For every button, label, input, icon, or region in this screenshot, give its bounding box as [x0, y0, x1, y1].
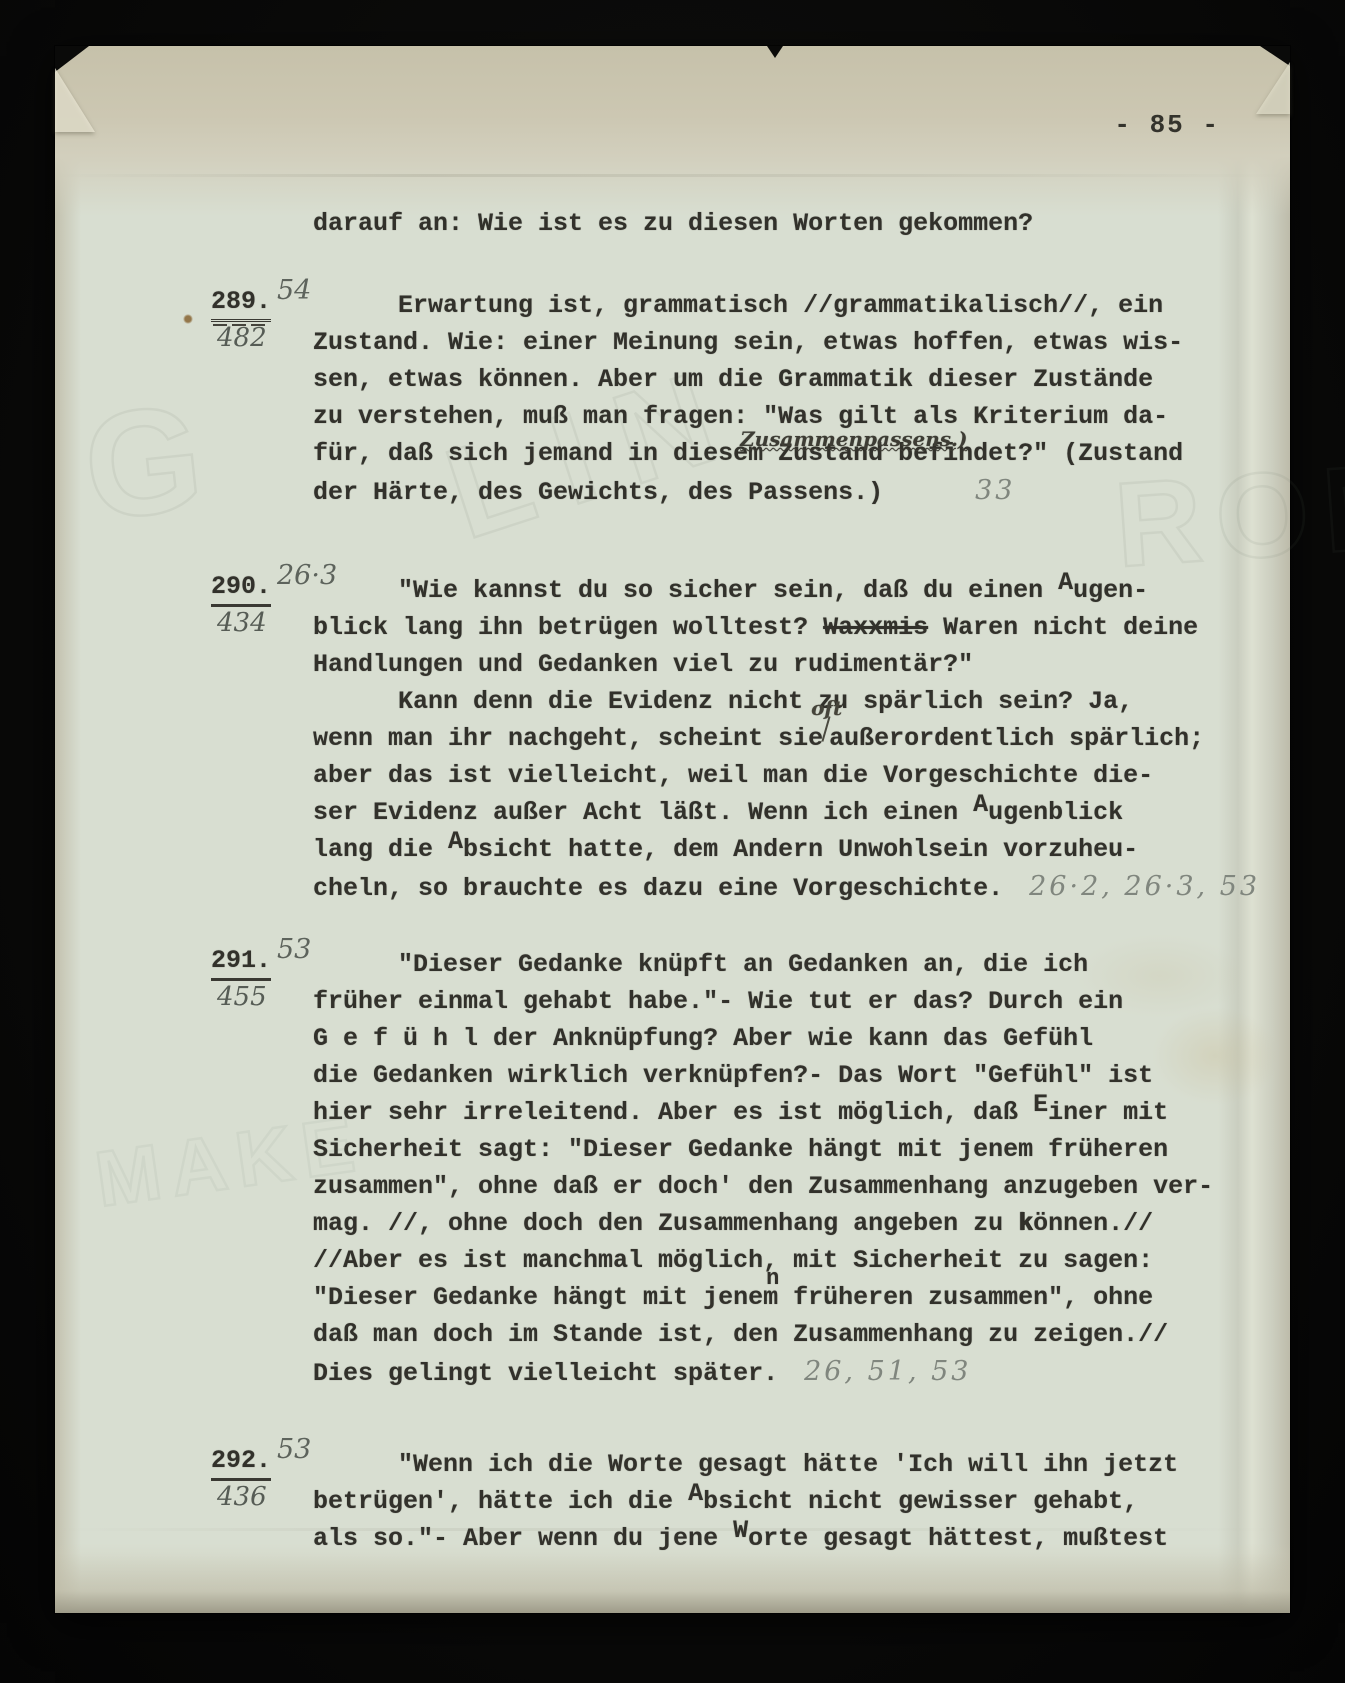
typed-text: lang die: [313, 835, 448, 864]
paragraph-margin: 292.53436: [211, 1446, 311, 1481]
typed-line: Zustand. Wie: einer Meinung sein, etwas …: [313, 324, 1243, 361]
paper-sheet: GLINRONMAKE - 85 - darauf an: Wie ist es…: [55, 46, 1290, 1613]
raised-letter: A: [448, 827, 463, 856]
typed-text: betrügen', hätte ich die: [313, 1487, 688, 1516]
paragraph-number: 289.: [211, 287, 271, 322]
typed-text: Sicherheit sagt: "Dieser Gedanke hängt m…: [313, 1135, 1168, 1164]
typed-line: als so."- Aber wenn du jene Worte gesagt…: [313, 1520, 1243, 1557]
typed-line: "Wenn ich die Worte gesagt hätte 'Ich wi…: [313, 1446, 1243, 1483]
typed-text: hier sehr irreleitend. Aber es ist mögli…: [313, 1098, 1033, 1127]
typed-line: aber das ist vielleicht, weil man die Vo…: [313, 757, 1243, 794]
typed-line: Sicherheit sagt: "Dieser Gedanke hängt m…: [313, 1131, 1243, 1168]
margin-pencil-source-number: 54: [277, 275, 311, 306]
typed-line: die Gedanken wirklich verknüpfen?- Das W…: [313, 1057, 1243, 1094]
raised-letter: W: [733, 1516, 748, 1545]
struck-out-word: Waxxmis: [823, 613, 928, 642]
typed-text: Passens.): [748, 478, 883, 507]
raised-letter: A: [1058, 568, 1073, 597]
typed-text: bsicht hatte, dem Andern Unwohlsein vorz…: [463, 835, 1138, 864]
margin-pencil-remark-number: 482: [217, 323, 267, 353]
paragraph-margin: 289.54482: [211, 287, 311, 322]
margin-pencil-remark-number: 436: [217, 1482, 267, 1512]
margin-pencil-remark-number: 434: [217, 608, 267, 638]
typed-text: "Dieser Gedanke knüpft an Gedanken an, d…: [398, 950, 1088, 979]
raised-letter: E: [1033, 1090, 1048, 1119]
typed-line: mag. //, ohne doch den Zusammenhang ange…: [313, 1205, 1243, 1242]
typed-line: "Dieser Gedanke hängt mit jenemn frühere…: [313, 1279, 1243, 1316]
paragraph: 292.53436"Wenn ich die Worte gesagt hätt…: [313, 1446, 1243, 1557]
paragraph: 289.54482Erwartung ist, grammatisch //gr…: [313, 287, 1243, 511]
paragraph-number: 291.: [211, 946, 271, 981]
paragraph-margin: 290.26·3434: [211, 572, 311, 607]
page-number: - 85 -: [1114, 110, 1220, 140]
typed-line: hier sehr irreleitend. Aber es ist mögli…: [313, 1094, 1243, 1131]
typed-text: außerordentlich spärlich;: [829, 724, 1204, 753]
typed-text: aber das ist vielleicht, weil man die Vo…: [313, 761, 1153, 790]
typed-text: früher einmal gehabt habe."- Wie tut er …: [313, 987, 1123, 1016]
typed-line: Erwartung ist, grammatisch //grammatikal…: [313, 287, 1243, 324]
typed-text: daß man doch im Stande ist, den Zusammen…: [313, 1320, 1168, 1349]
typed-line: "Wie kannst du so sicher sein, daß du ei…: [313, 572, 1243, 609]
typed-line: früher einmal gehabt habe."- Wie tut er …: [313, 983, 1243, 1020]
typed-line: daß man doch im Stande ist, den Zusammen…: [313, 1316, 1243, 1353]
typed-line: G e f ü h l der Anknüpfung? Aber wie kan…: [313, 1020, 1243, 1057]
paper-watermark-text: G: [76, 370, 210, 554]
paragraph: 291.53455"Dieser Gedanke knüpft an Gedan…: [313, 946, 1243, 1392]
typed-line: wenn man ihr nachgeht, scheint sieoftauß…: [313, 720, 1243, 757]
pencil-annotation: 26·2, 26·3, 53: [1029, 871, 1260, 902]
paragraph-list: 289.54482Erwartung ist, grammatisch //gr…: [313, 287, 1243, 1557]
margin-pencil-source-number: 53: [277, 934, 311, 965]
corner-fold-top-left: [55, 68, 95, 132]
typed-text: önnen.//: [1033, 1209, 1153, 1238]
pencil-annotation: 33: [975, 475, 1015, 506]
typed-text: blick lang ihn betrügen wolltest?: [313, 613, 823, 642]
paragraph: 290.26·3434"Wie kannst du so sicher sein…: [313, 572, 1243, 907]
paragraph-number: 292.: [211, 1446, 271, 1481]
paragraph-number: 290.: [211, 572, 271, 607]
typed-text: Kann denn die Evidenz nicht zu spärlich …: [398, 687, 1133, 716]
typed-line: betrügen', hätte ich die Absicht nicht g…: [313, 1483, 1243, 1520]
raised-letter: A: [973, 790, 988, 819]
typed-line: sen, etwas können. Aber um die Grammatik…: [313, 361, 1243, 398]
typed-text: wenn man ihr nachgeht, scheint sie: [313, 724, 823, 753]
typescript-page-scan: GLINRONMAKE - 85 - darauf an: Wie ist es…: [0, 0, 1345, 1683]
typed-line: blick lang ihn betrügen wolltest? Waxxmi…: [313, 609, 1243, 646]
typed-text: als so."- Aber wenn du jene: [313, 1524, 733, 1553]
typed-text: ugenblick: [988, 798, 1123, 827]
typed-text: zusammen", ohne daß er doch' den Zusamme…: [313, 1172, 1213, 1201]
page-content: darauf an: Wie ist es zu diesen Worten g…: [313, 205, 1243, 1557]
typed-line: "Dieser Gedanke knüpft an Gedanken an, d…: [313, 946, 1243, 983]
typed-correction-letter-above: n: [766, 1260, 779, 1297]
typed-line: Dies gelingt vielleicht später.26, 51, 5…: [313, 1353, 1243, 1392]
typed-text: iner mit: [1048, 1098, 1168, 1127]
typed-text: Handlungen und Gedanken viel zu rudiment…: [313, 650, 973, 679]
typed-correction-letter: mn: [763, 1279, 778, 1316]
typed-text: mag. //, ohne doch den Zusammenhang ange…: [313, 1209, 1018, 1238]
typed-line: ser Evidenz außer Acht läßt. Wenn ich ei…: [313, 794, 1243, 831]
typed-line: Handlungen und Gedanken viel zu rudiment…: [313, 646, 1243, 683]
typed-line: cheln, so brauchte es dazu eine Vorgesch…: [313, 868, 1243, 907]
handwritten-insertion-word: oft: [811, 690, 842, 727]
typed-text: Zustand. Wie: einer Meinung sein, etwas …: [313, 328, 1183, 357]
handwritten-insertion-caret: oft: [823, 720, 829, 745]
typed-text: G e f ü h l der Anknüpfung? Aber wie kan…: [313, 1024, 1093, 1053]
typed-line: der Härte, des Gewichts, des Zusammenpas…: [313, 472, 1243, 511]
typed-text: "Dieser Gedanke hängt mit jene: [313, 1283, 763, 1312]
paper-crease: [55, 174, 1290, 177]
corner-fold-top-right: [1256, 62, 1290, 114]
typed-text: der Härte, des Gewichts, des: [313, 478, 748, 507]
handwritten-correction-word: Zusammenpassens.): [740, 421, 967, 458]
margin-pencil-remark-number: 455: [217, 982, 267, 1012]
typed-line: Kann denn die Evidenz nicht zu spärlich …: [313, 683, 1243, 720]
typed-line: zusammen", ohne daß er doch' den Zusamme…: [313, 1168, 1243, 1205]
typed-text: die Gedanken wirklich verknüpfen?- Das W…: [313, 1061, 1153, 1090]
typed-text: orte gesagt hättest, mußtest: [748, 1524, 1168, 1553]
typed-text: "Wenn ich die Worte gesagt hätte 'Ich wi…: [398, 1450, 1178, 1479]
typed-text: "Wie kannst du so sicher sein, daß du ei…: [398, 576, 1058, 605]
typed-text: //Aber es ist manchmal möglich, mit Sich…: [313, 1246, 1153, 1275]
typed-text: Erwartung ist, grammatisch //grammatikal…: [398, 291, 1163, 320]
typed-line-intro: darauf an: Wie ist es zu diesen Worten g…: [313, 205, 1243, 242]
typed-text: ugen-: [1073, 576, 1148, 605]
typed-line: lang die Absicht hatte, dem Andern Unwoh…: [313, 831, 1243, 868]
typed-text: ser Evidenz außer Acht läßt. Wenn ich ei…: [313, 798, 973, 827]
paragraph-margin: 291.53455: [211, 946, 311, 981]
pencil-annotation: 26, 51, 53: [804, 1356, 971, 1387]
typed-text: Waren nicht deine: [928, 613, 1198, 642]
overstruck-letter: k: [1018, 1209, 1033, 1238]
typed-text: bsicht nicht gewisser gehabt,: [703, 1487, 1138, 1516]
typed-text: cheln, so brauchte es dazu eine Vorgesch…: [313, 874, 1003, 903]
typed-text: sen, etwas können. Aber um die Grammatik…: [313, 365, 1153, 394]
typed-text: Dies gelingt vielleicht später.: [313, 1359, 778, 1388]
paper-edge-notch: [767, 46, 783, 58]
margin-pencil-source-number: 53: [277, 1434, 311, 1465]
typed-text: früheren zusammen", ohne: [778, 1283, 1153, 1312]
raised-letter: A: [688, 1479, 703, 1508]
